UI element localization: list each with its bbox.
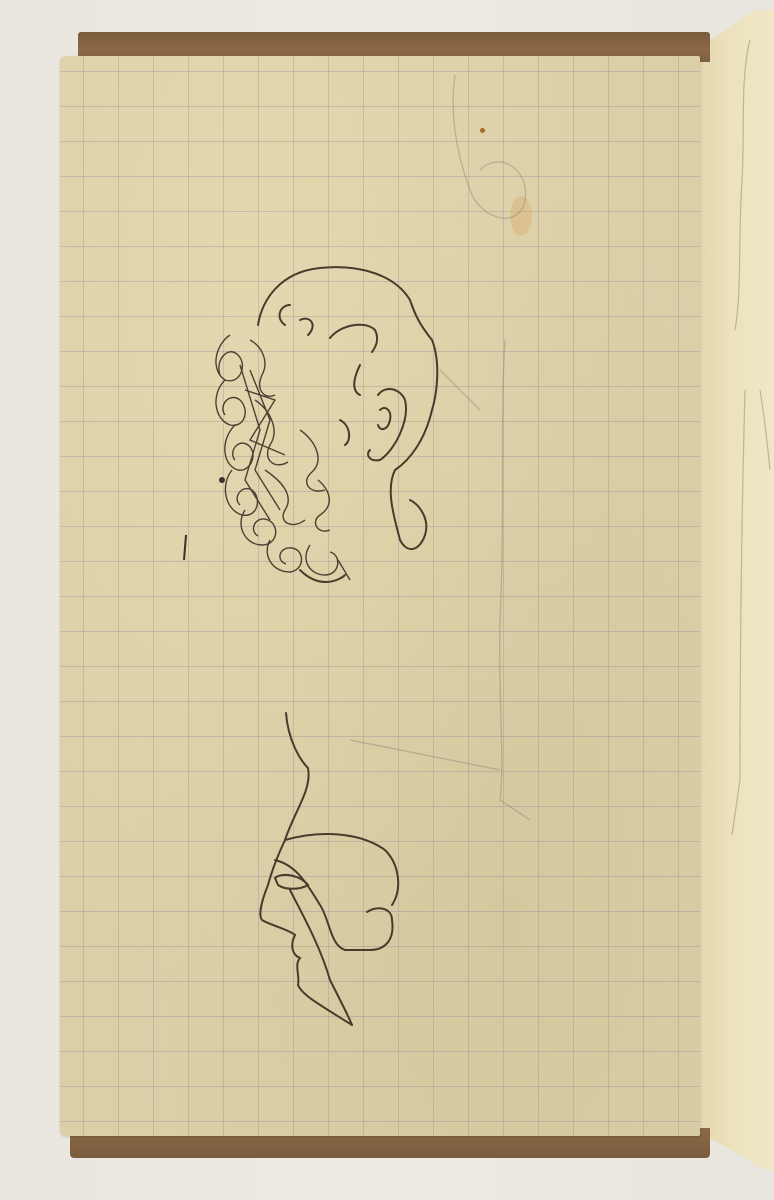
faint-pencil-figure [350, 75, 530, 820]
stray-mark [184, 535, 186, 560]
helmeted-head-profile [260, 713, 398, 1025]
bearded-head-profile [258, 267, 437, 582]
facing-page-sketch [732, 40, 770, 835]
drawings-layer [0, 0, 774, 1200]
ink-dot [219, 477, 225, 483]
beard-scribble [216, 335, 350, 580]
